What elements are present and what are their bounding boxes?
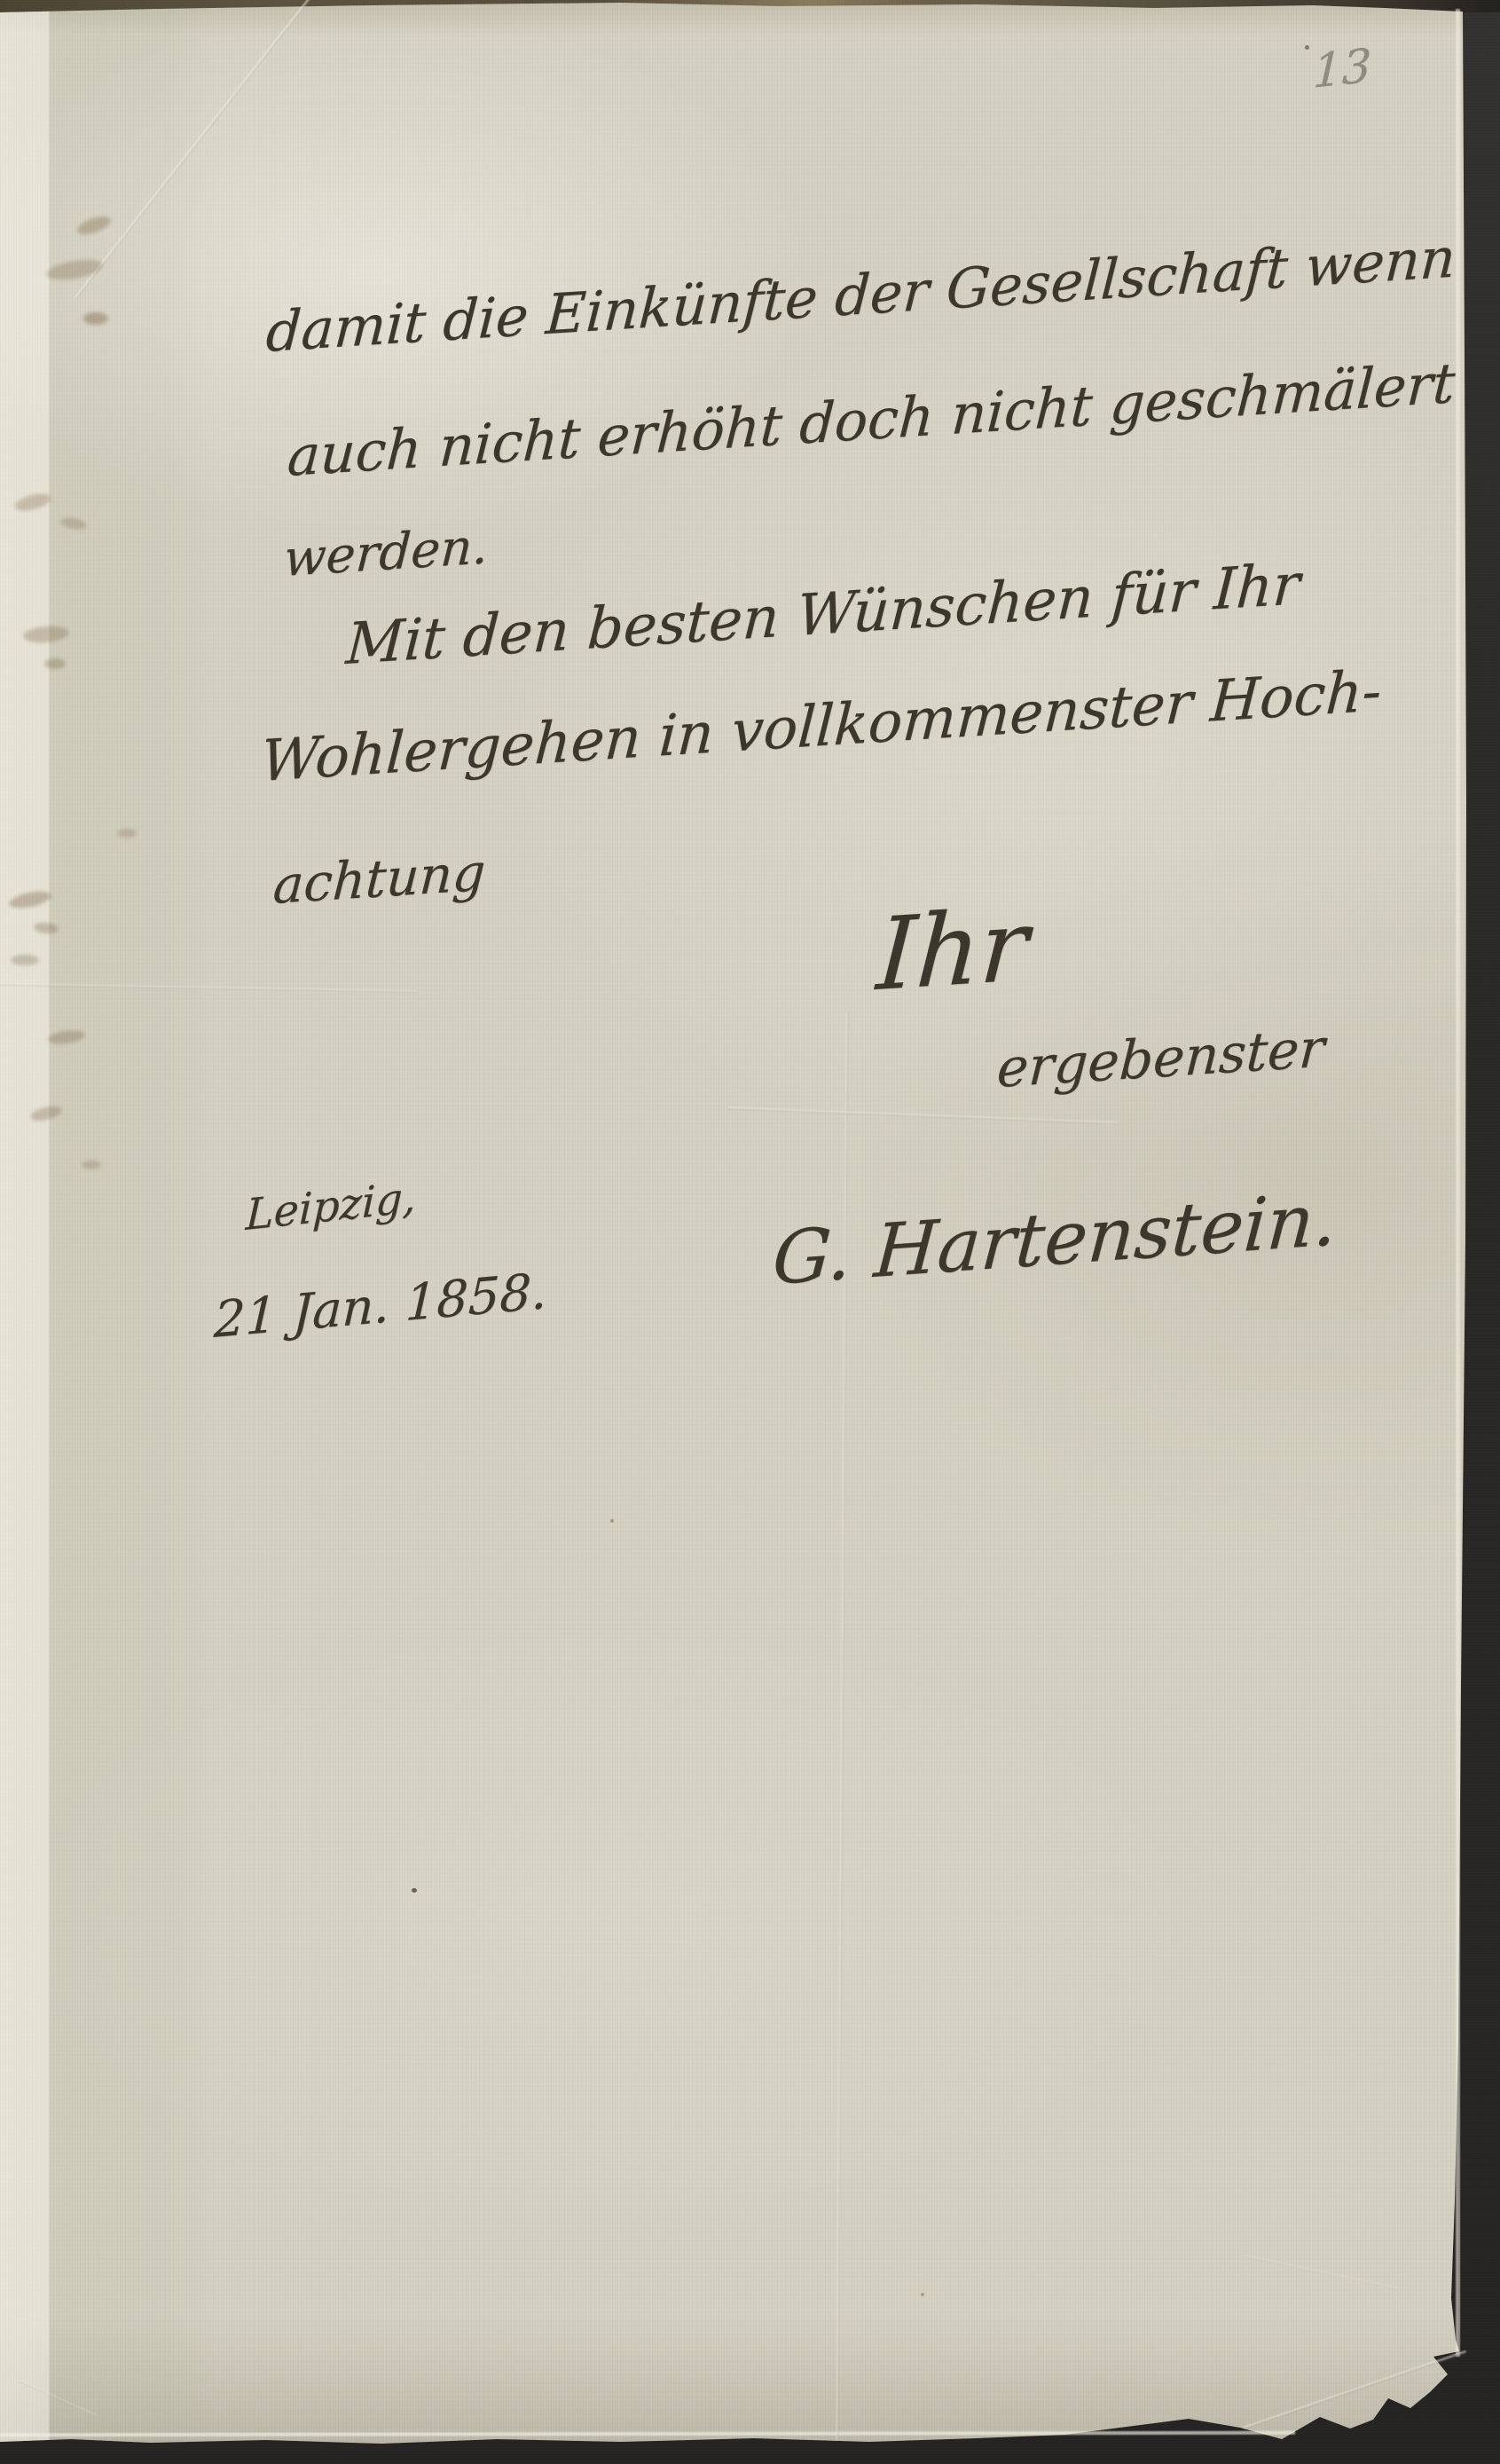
folio-number-pencil: 13 [1312,39,1372,98]
letter-valediction-ihr: Ihr [874,888,1031,1013]
scanned-letter-view: 13 damit die Einkünfte der Gesellschaft … [0,0,1500,2464]
